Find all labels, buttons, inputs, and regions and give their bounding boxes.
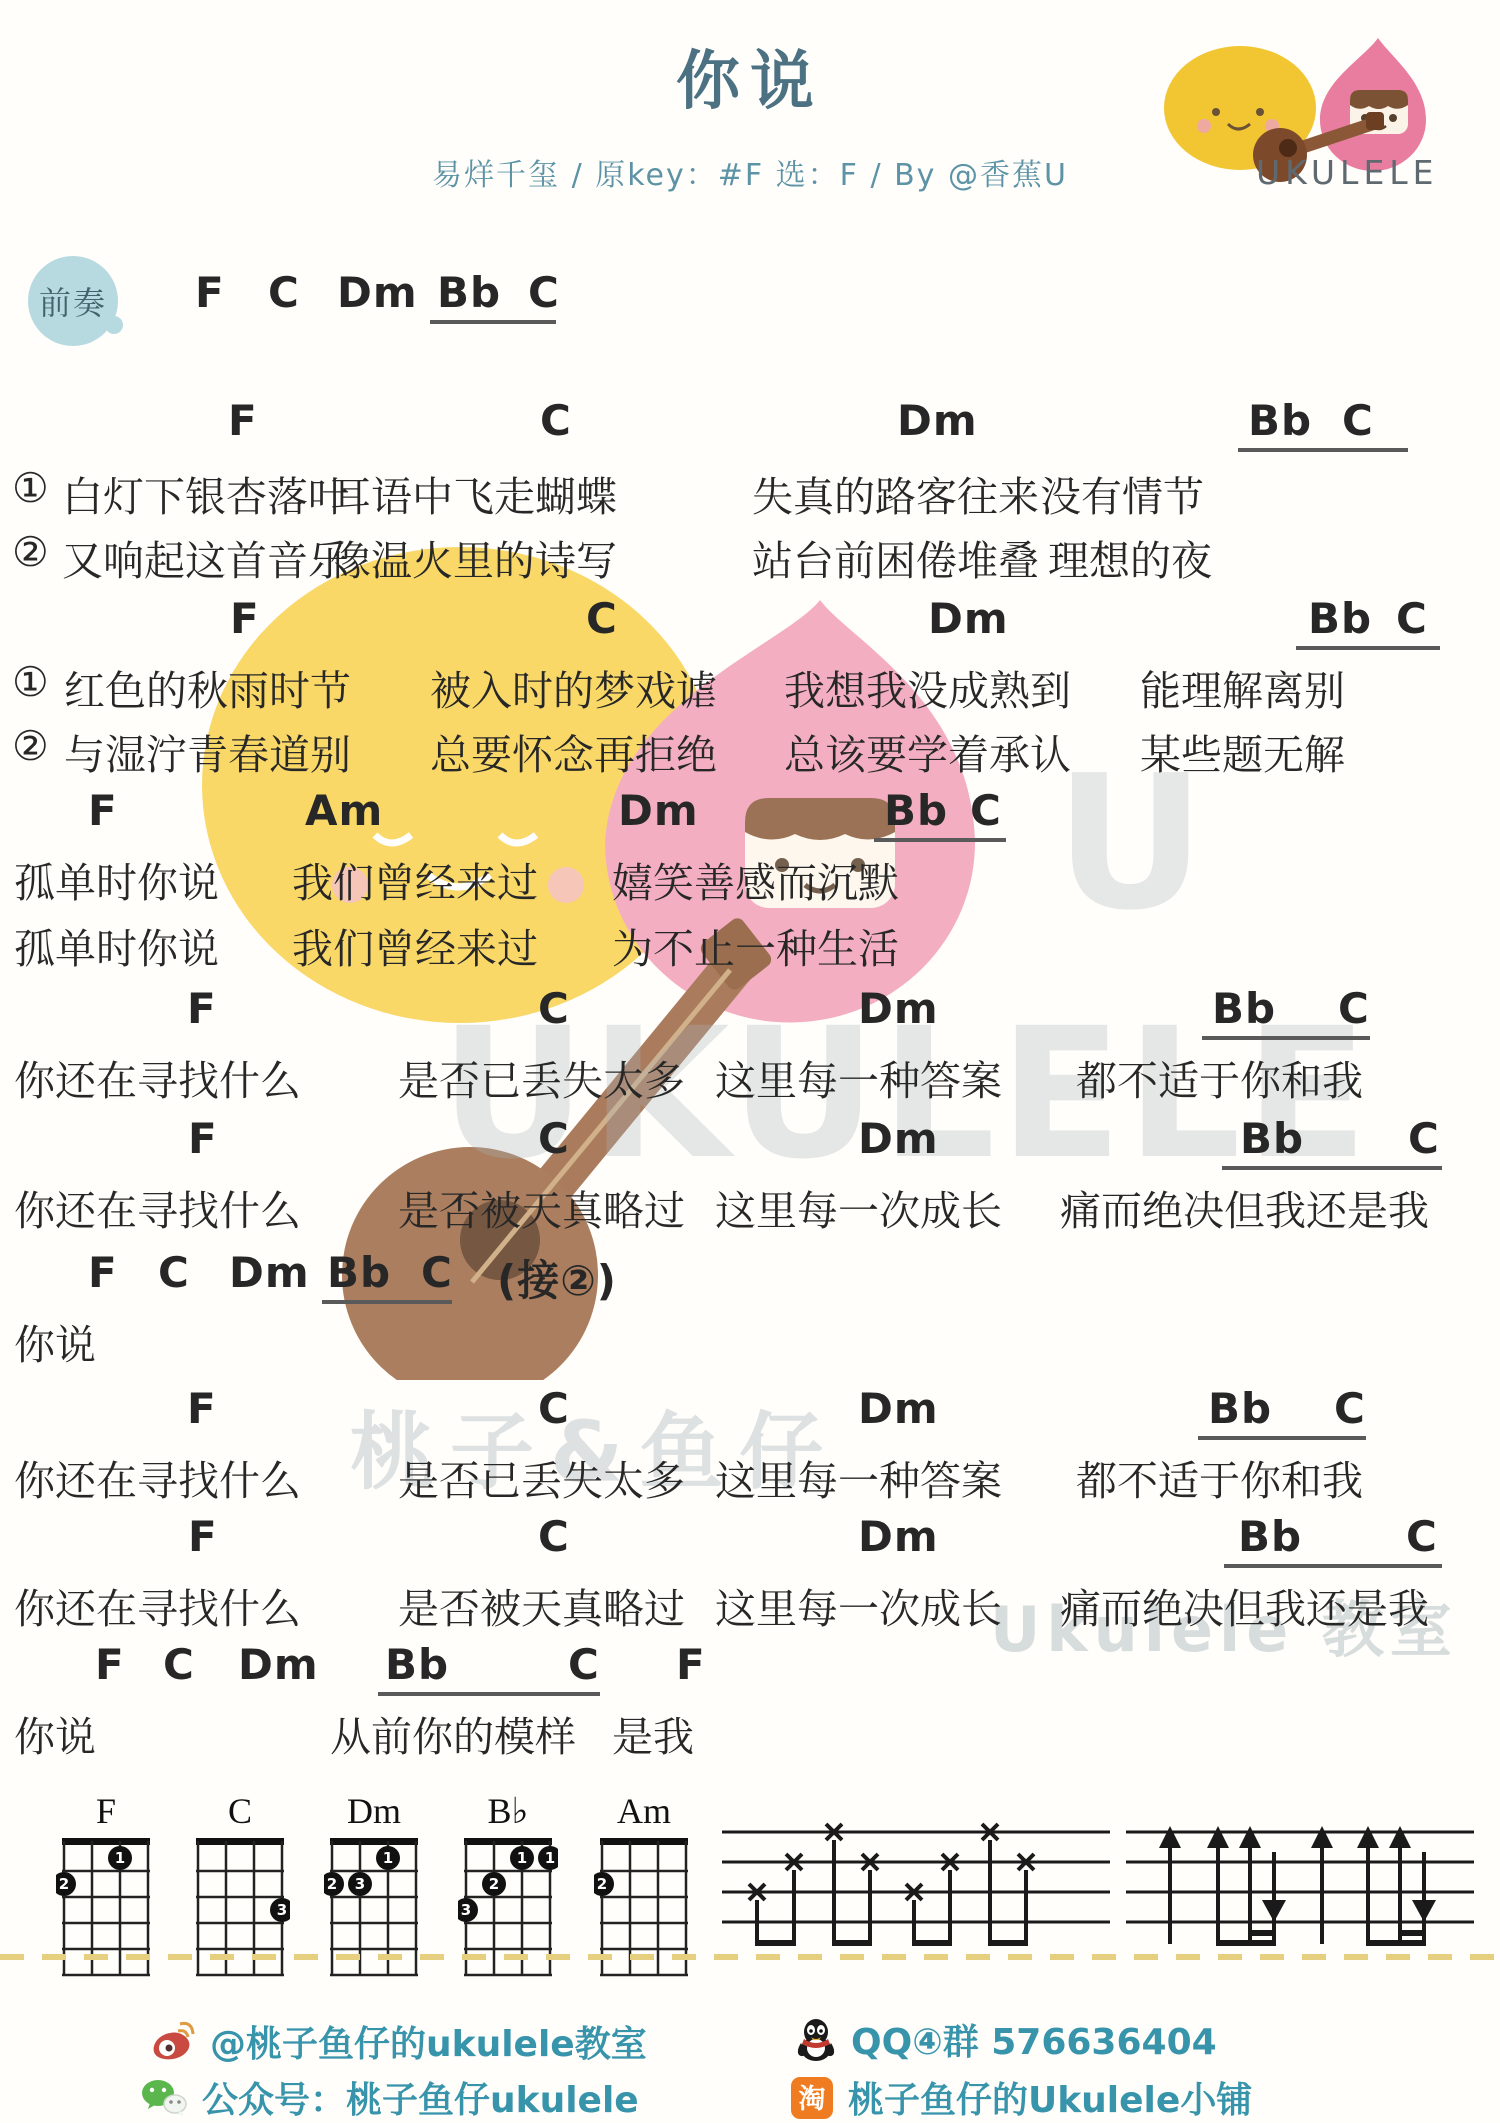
chord-symbol: Bb xyxy=(1308,594,1372,643)
chord-underline xyxy=(1198,1436,1366,1440)
chord-symbol: Dm xyxy=(928,594,1009,643)
lyric-phrase: 总要怀念再拒绝 xyxy=(430,722,717,781)
lyric-phrase: 某些题无解 xyxy=(1140,722,1345,781)
chord-underline xyxy=(430,320,556,324)
chord-line: FCDmBbC xyxy=(0,1384,1500,1442)
chord-symbol: C xyxy=(1342,396,1374,445)
chord-line: FCDmBbC xyxy=(0,396,1500,454)
chord-line: FAmDmBbC xyxy=(0,786,1500,844)
chord-symbol: C xyxy=(1396,594,1428,643)
chord-symbol: C xyxy=(568,1640,600,1689)
lyric-line: 你还在寻找什么是否已丢失太多这里每一种答案都不适于你和我 xyxy=(0,1448,1500,1506)
chord-symbol: C xyxy=(421,1248,453,1297)
lyric-phrase: 被入时的梦戏谑 xyxy=(430,658,717,717)
lyric-phrase: 是否已丢失太多 xyxy=(398,1048,685,1107)
lyric-phrase: 我们曾经来过 xyxy=(292,916,538,975)
lyric-phrase: 失真的路客往来 xyxy=(752,464,1039,523)
lyric-phrase: ① xyxy=(12,464,49,512)
chord-symbol: F xyxy=(228,396,258,445)
chord-symbol: F xyxy=(188,1512,218,1561)
chord-symbol: F xyxy=(187,1384,217,1433)
lyric-phrase: 我们曾经来过 xyxy=(292,850,538,909)
chord-symbol: C xyxy=(538,1384,570,1433)
lyric-phrase: 能理解离别 xyxy=(1140,658,1345,717)
lyric-line: 你说从前你的模样是我 xyxy=(0,1704,1500,1762)
lyric-phrase: 都不适于你和我 xyxy=(1076,1048,1363,1107)
lyric-phrase: 从前你的模样 xyxy=(330,1704,576,1763)
chord-diagram-label: F xyxy=(56,1790,156,1832)
chord-symbol: F xyxy=(187,984,217,1033)
chord-symbol: F xyxy=(230,594,260,643)
chord-symbol: Dm xyxy=(897,396,978,445)
footer-text: 公众号：桃子鱼仔ukulele xyxy=(202,2072,639,2123)
svg-text:3: 3 xyxy=(461,1901,471,1919)
svg-text:1: 1 xyxy=(383,1849,393,1867)
lyric-phrase: 红色的秋雨时节 xyxy=(64,658,351,717)
chord-symbol: C xyxy=(538,1114,570,1163)
chord-symbol: C xyxy=(268,268,300,317)
chord-underline xyxy=(1224,1564,1442,1568)
chord-symbol: C xyxy=(1334,1384,1366,1433)
chord-symbol: C xyxy=(158,1248,190,1297)
lyric-phrase: 我想我没成熟到 xyxy=(784,658,1071,717)
lyric-phrase: 孤单时你说 xyxy=(14,850,219,909)
chord-symbol: F xyxy=(88,786,118,835)
lyric-line: ②与湿泞青春道别总要怀念再拒绝总该要学着承认某些题无解 xyxy=(0,722,1500,780)
chord-symbol: Dm xyxy=(858,984,939,1033)
chord-symbol: F xyxy=(95,1640,125,1689)
lyric-phrase: 这里每一种答案 xyxy=(715,1448,1002,1507)
picking-pattern xyxy=(722,1818,1110,1958)
lyric-phrase: 又响起这首音乐 xyxy=(62,528,349,587)
lyric-phrase: 耳语中飞走蝴蝶 xyxy=(330,464,617,523)
chord-line: FCDmBbC(接②) xyxy=(0,1248,1500,1306)
chord-diagram-label: Am xyxy=(594,1790,694,1832)
brand-logo: UKULELE xyxy=(1160,24,1450,196)
chord-diagram-label: C xyxy=(190,1790,290,1832)
lyric-phrase: 你还在寻找什么 xyxy=(14,1048,301,1107)
lyric-phrase: 你说 xyxy=(14,1704,96,1763)
footer-text: @桃子鱼仔的ukulele教室 xyxy=(210,2016,647,2067)
footer-item-wechat[interactable]: 公众号：桃子鱼仔ukulele xyxy=(140,2072,639,2123)
chord-symbol: Dm xyxy=(858,1512,939,1561)
chord-underline xyxy=(1238,448,1408,452)
chord-underline xyxy=(1296,646,1440,650)
lyric-phrase: 你说 xyxy=(14,1312,96,1371)
svg-text:2: 2 xyxy=(327,1875,337,1893)
chord-symbol: Bb xyxy=(884,786,948,835)
lyric-phrase: 孤单时你说 xyxy=(14,916,219,975)
chord-symbol: Bb xyxy=(1248,396,1312,445)
lyric-phrase: 痛而绝决但我还是我 xyxy=(1060,1576,1429,1635)
lyric-phrase: 站台前困倦堆叠 xyxy=(752,528,1039,587)
lyric-phrase: 为不止一种生活 xyxy=(612,916,899,975)
lyric-phrase: 总该要学着承认 xyxy=(784,722,1071,781)
chord-underline xyxy=(1222,1166,1442,1170)
svg-text:淘: 淘 xyxy=(799,2084,826,2115)
footer-item-taobao[interactable]: 淘桃子鱼仔的Ukulele小铺 xyxy=(790,2072,1252,2123)
lyric-phrase: 是否被天真略过 xyxy=(398,1178,685,1237)
chord-symbol: Am xyxy=(305,786,383,835)
chord-symbol: F xyxy=(88,1248,118,1297)
strumming-pattern xyxy=(1126,1818,1474,1958)
footer-text: QQ④群 576636404 xyxy=(851,2014,1217,2065)
chord-symbol: F xyxy=(188,1114,218,1163)
chord-symbol: C xyxy=(528,268,560,317)
svg-text:2: 2 xyxy=(597,1875,607,1893)
lyric-phrase: 理想的夜 xyxy=(1048,528,1212,587)
svg-text:1: 1 xyxy=(115,1849,125,1867)
chord-symbol: Dm xyxy=(618,786,699,835)
lyric-line: 孤单时你说我们曾经来过嬉笑善感而沉默 xyxy=(0,850,1500,908)
lyric-line: 孤单时你说我们曾经来过为不止一种生活 xyxy=(0,916,1500,974)
chord-symbol: (接②) xyxy=(497,1248,617,1308)
lyric-line: 你还在寻找什么是否被天真略过这里每一次成长痛而绝决但我还是我 xyxy=(0,1576,1500,1634)
footer-item-weibo[interactable]: @桃子鱼仔的ukulele教室 xyxy=(150,2016,647,2067)
lyric-phrase: 是否已丢失太多 xyxy=(398,1448,685,1507)
qq-icon xyxy=(795,2017,837,2063)
chord-underline xyxy=(874,838,1006,842)
lyric-phrase: ② xyxy=(12,722,49,770)
lyric-phrase: 痛而绝决但我还是我 xyxy=(1060,1178,1429,1237)
chord-symbol: Bb xyxy=(1208,1384,1272,1433)
weibo-icon xyxy=(150,2021,196,2063)
svg-text:3: 3 xyxy=(277,1901,287,1919)
svg-text:2: 2 xyxy=(59,1875,69,1893)
chord-underline xyxy=(1202,1036,1370,1040)
chord-line: FCDmBbC xyxy=(0,1512,1500,1570)
wechat-icon xyxy=(140,2077,188,2119)
chord-line: FCDmBbC xyxy=(0,984,1500,1042)
chord-symbol: C xyxy=(586,594,618,643)
chord-symbol: Dm xyxy=(858,1384,939,1433)
chord-symbol: C xyxy=(1338,984,1370,1033)
chord-line: FCDmBbCF xyxy=(0,1640,1500,1698)
chord-symbol: Bb xyxy=(327,1248,391,1297)
svg-text:2: 2 xyxy=(489,1875,499,1893)
lyric-phrase: 你还在寻找什么 xyxy=(14,1448,301,1507)
lyric-line: 你还在寻找什么是否已丢失太多这里每一种答案都不适于你和我 xyxy=(0,1048,1500,1106)
chord-symbol: C xyxy=(970,786,1002,835)
lyric-phrase: 没有情节 xyxy=(1040,464,1204,523)
footer-item-qq[interactable]: QQ④群 576636404 xyxy=(795,2014,1217,2065)
chord-symbol: F xyxy=(676,1640,706,1689)
chord-symbol: Dm xyxy=(337,268,418,317)
lyric-phrase: 这里每一次成长 xyxy=(715,1576,1002,1635)
chord-line: FCDmBbC xyxy=(0,1114,1500,1172)
svg-text:1: 1 xyxy=(545,1849,555,1867)
chord-line: FCDmBbC xyxy=(0,268,1500,326)
dashed-divider xyxy=(0,1954,1500,1960)
chord-symbol: C xyxy=(538,984,570,1033)
chord-symbol: C xyxy=(163,1640,195,1689)
lyric-phrase: 是否被天真略过 xyxy=(398,1576,685,1635)
chord-symbol: Bb xyxy=(1212,984,1276,1033)
chord-underline xyxy=(322,1300,452,1304)
taobao-icon: 淘 xyxy=(790,2076,834,2120)
lyric-phrase: 你还在寻找什么 xyxy=(14,1576,301,1635)
chord-sheet-page: U UKULELE 桃子&鱼仔 Ukulele 教室 你说 易烊千玺 / 原ke… xyxy=(0,0,1500,2123)
lyric-phrase: 像温火里的诗写 xyxy=(330,528,617,587)
chord-symbol: Bb xyxy=(437,268,501,317)
svg-text:3: 3 xyxy=(355,1875,365,1893)
lyric-phrase: 你还在寻找什么 xyxy=(14,1178,301,1237)
lyric-phrase: 白灯下银杏落叶 xyxy=(62,464,349,523)
footer-text: 桃子鱼仔的Ukulele小铺 xyxy=(848,2072,1252,2123)
chord-symbol: C xyxy=(538,1512,570,1561)
lyric-line: 你还在寻找什么是否被天真略过这里每一次成长痛而绝决但我还是我 xyxy=(0,1178,1500,1236)
chord-symbol: C xyxy=(1408,1114,1440,1163)
logo-wordmark: UKULELE xyxy=(1256,153,1439,192)
svg-text:1: 1 xyxy=(517,1849,527,1867)
lyric-phrase: 与湿泞青春道别 xyxy=(64,722,351,781)
chord-symbol: Bb xyxy=(385,1640,449,1689)
chord-symbol: Dm xyxy=(238,1640,319,1689)
lyric-phrase: 都不适于你和我 xyxy=(1076,1448,1363,1507)
chord-diagram-label: B♭ xyxy=(458,1790,558,1832)
lyric-line: 你说 xyxy=(0,1312,1500,1370)
lyric-line: ①红色的秋雨时节被入时的梦戏谑我想我没成熟到能理解离别 xyxy=(0,658,1500,716)
lyric-phrase: ① xyxy=(12,658,49,706)
chord-symbol: F xyxy=(195,268,225,317)
brand-logo-image: UKULELE xyxy=(1160,24,1450,192)
lyric-phrase: ② xyxy=(12,528,49,576)
chord-line: FCDmBbC xyxy=(0,594,1500,652)
chord-symbol: C xyxy=(1406,1512,1438,1561)
chord-symbol: Dm xyxy=(229,1248,310,1297)
chord-underline xyxy=(378,1692,600,1696)
chord-diagram-label: Dm xyxy=(324,1790,424,1832)
chord-symbol: Bb xyxy=(1238,1512,1302,1561)
lyric-phrase: 这里每一次成长 xyxy=(715,1178,1002,1237)
lyric-line: ①白灯下银杏落叶耳语中飞走蝴蝶失真的路客往来没有情节 xyxy=(0,464,1500,522)
chord-symbol: Dm xyxy=(858,1114,939,1163)
chord-symbol: Bb xyxy=(1240,1114,1304,1163)
chord-symbol: C xyxy=(540,396,572,445)
lyric-phrase: 嬉笑善感而沉默 xyxy=(612,850,899,909)
lyric-line: ②又响起这首音乐像温火里的诗写站台前困倦堆叠理想的夜 xyxy=(0,528,1500,586)
lyric-phrase: 是我 xyxy=(612,1704,694,1763)
lyric-phrase: 这里每一种答案 xyxy=(715,1048,1002,1107)
